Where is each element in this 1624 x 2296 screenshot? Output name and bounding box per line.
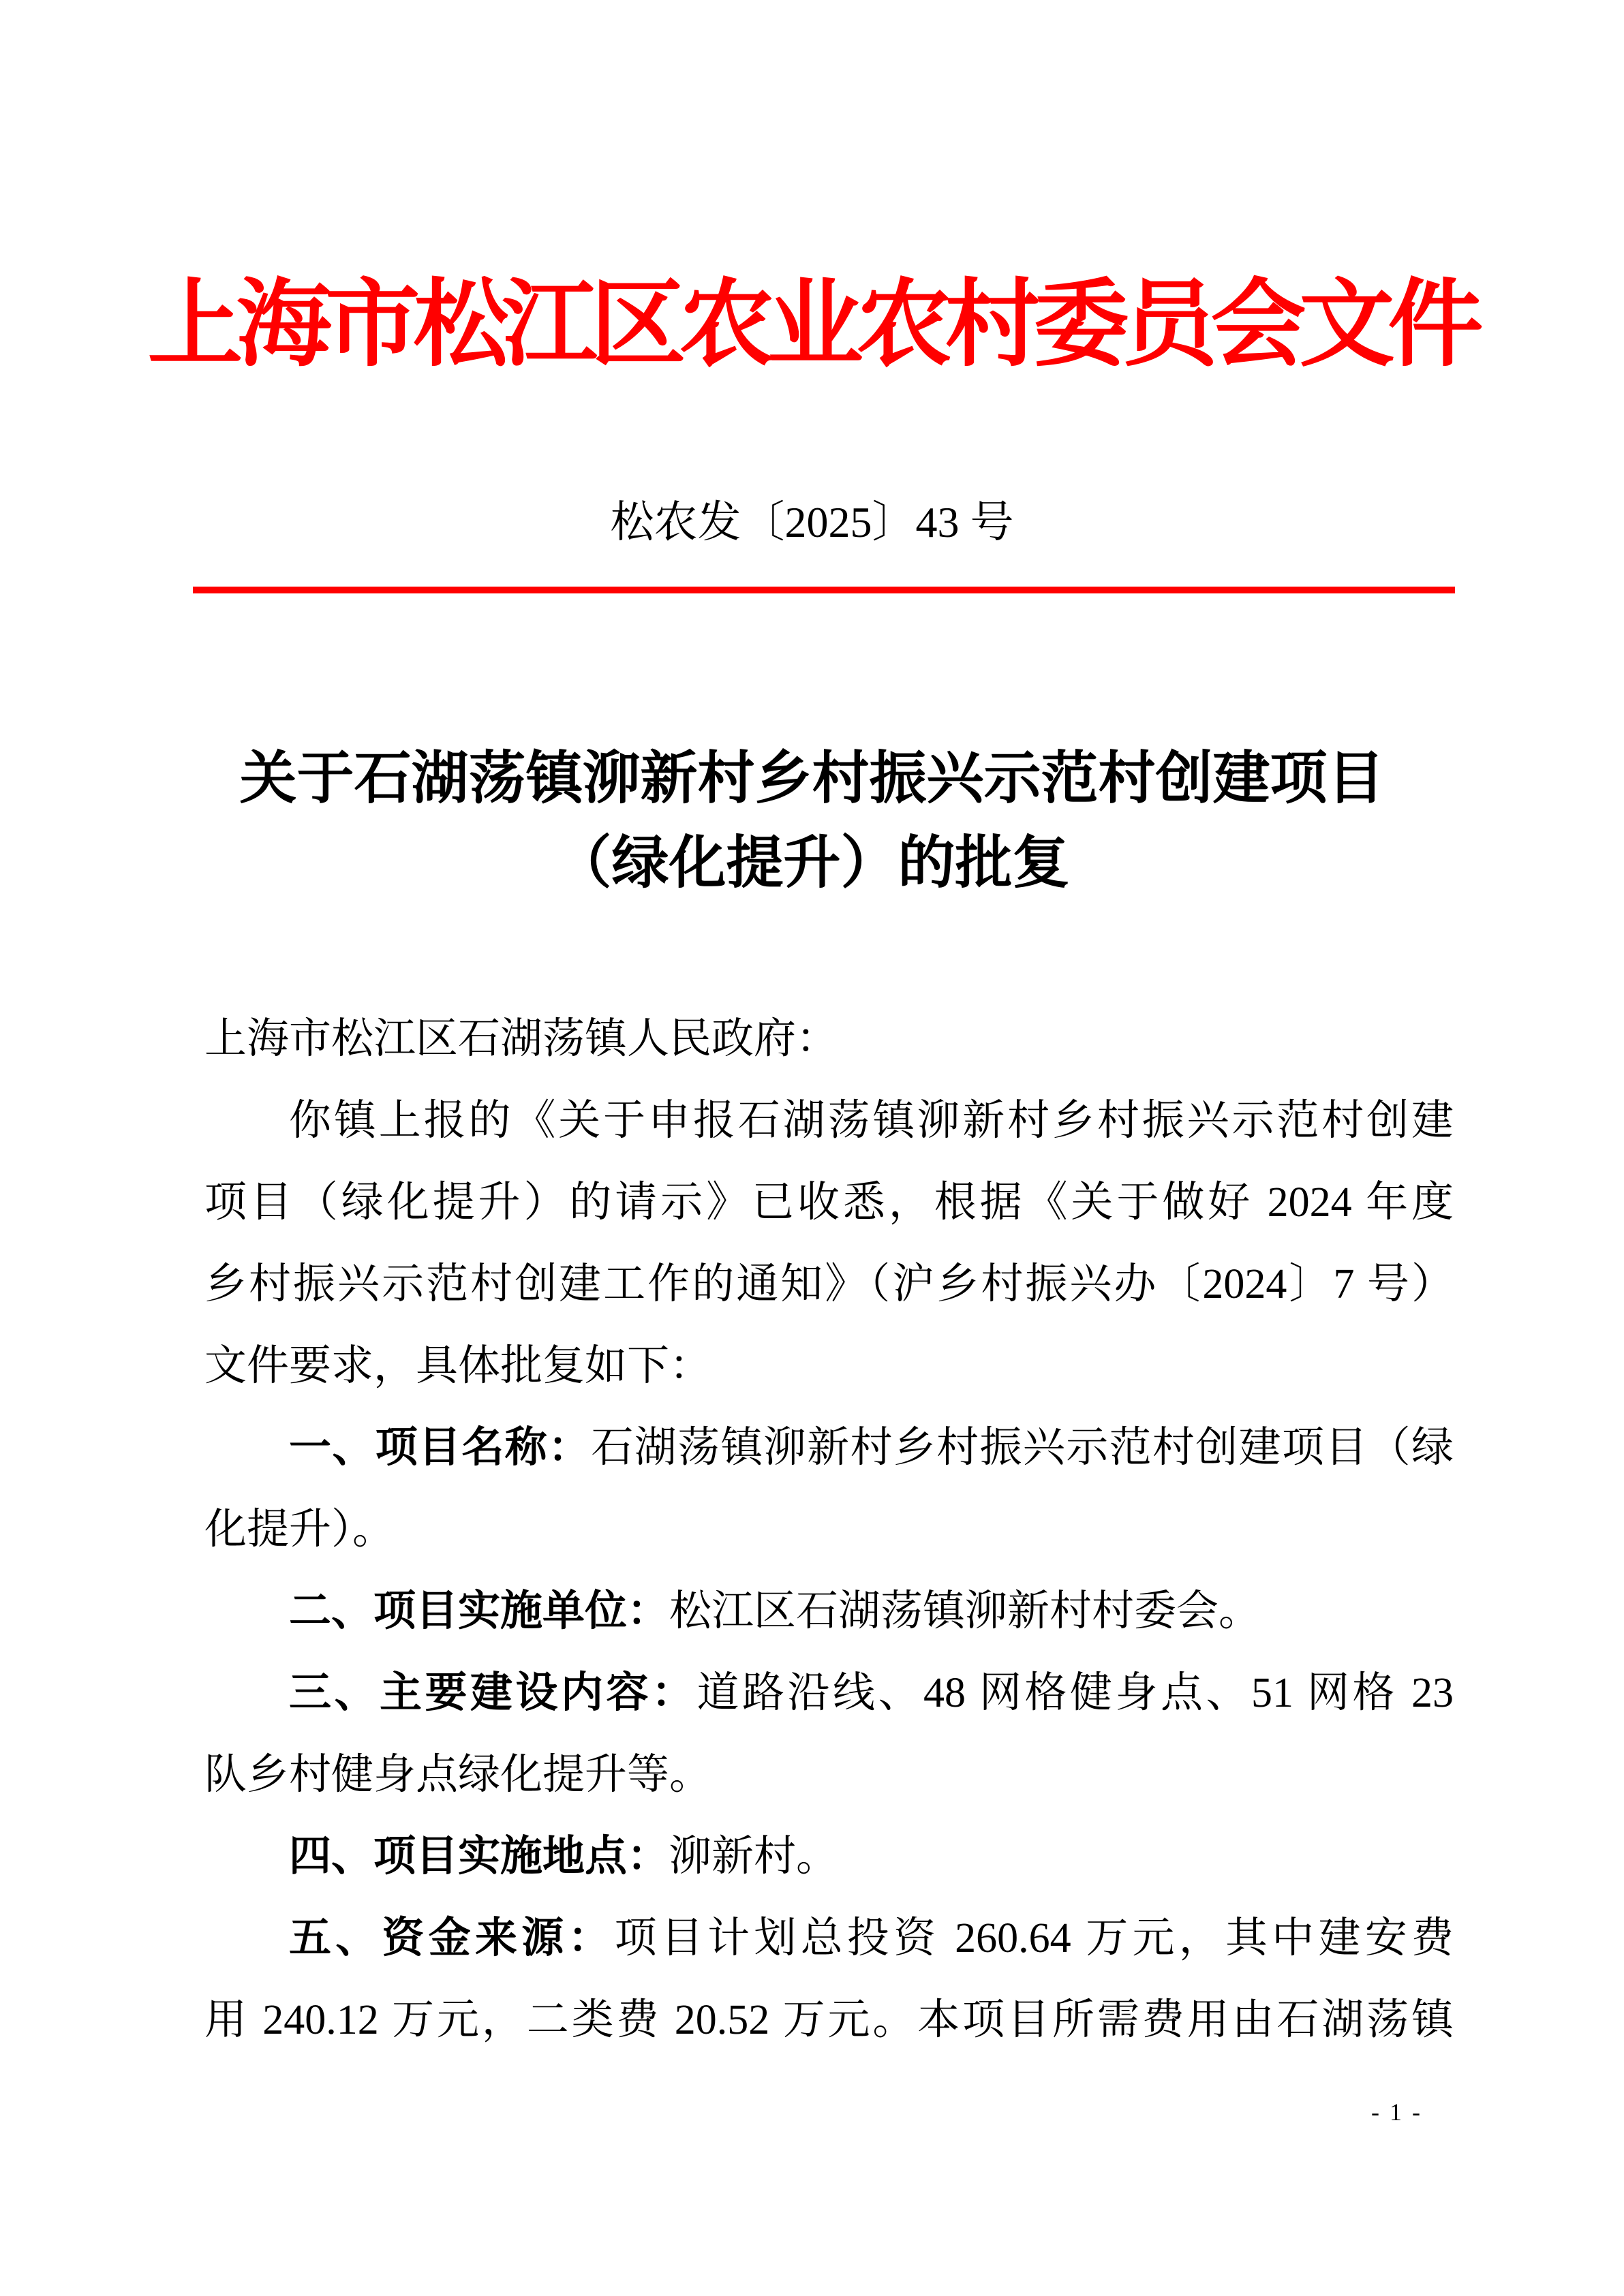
body-line-text: 石湖荡镇泖新村乡村振兴示范村创建项目（绿: [591, 1425, 1454, 1471]
body-line-text: 上海市松江区石湖荡镇人民政府：: [204, 1016, 838, 1062]
body-line-text: 队乡村健身点绿化提升等。: [204, 1752, 711, 1798]
document-page: 上海市松江区农业农村委员会文件 松农发〔2025〕43 号 关于石湖荡镇泖新村乡…: [0, 0, 1624, 2296]
body-line-text: 文件要求，具体批复如下：: [204, 1343, 711, 1389]
body-line-heading: 二、项目实施单位：: [289, 1587, 669, 1634]
body-line-heading: 一、项目名称：: [289, 1424, 591, 1471]
body-line: 你镇上报的《关于申报石湖荡镇泖新村乡村振兴示范村创建: [204, 1080, 1454, 1162]
body-line-text: 用 240.12 万元，二类费 20.52 万元。本项目所需费用由石湖荡镇: [204, 1997, 1454, 2043]
document-number: 松农发〔2025〕43 号: [0, 492, 1624, 553]
document-title-line1: 关于石湖荡镇泖新村乡村振兴示范村创建项目: [187, 737, 1437, 822]
body-line: 乡村振兴示范村创建工作的通知》（沪乡村振兴办〔2024〕7 号）: [204, 1243, 1454, 1325]
document-title-line2: （绿化提升）的批复: [187, 822, 1437, 906]
body-line: 化提升）。: [204, 1489, 1454, 1570]
body-line-item-3: 三、主要建设内容：道路沿线、48 网格健身点、51 网格 23: [204, 1652, 1454, 1734]
body-line-salutation: 上海市松江区石湖荡镇人民政府：: [204, 998, 1454, 1080]
document-title: 关于石湖荡镇泖新村乡村振兴示范村创建项目 （绿化提升）的批复: [187, 737, 1437, 906]
body-line: 用 240.12 万元，二类费 20.52 万元。本项目所需费用由石湖荡镇: [204, 1979, 1454, 2061]
body-line-text: 乡村振兴示范村创建工作的通知》（沪乡村振兴办〔2024〕7 号）: [204, 1261, 1454, 1307]
body-line-text: 项目计划总投资 260.64 万元，其中建安费: [615, 1915, 1454, 1961]
body-line-text: 道路沿线、48 网格健身点、51 网格 23: [697, 1670, 1454, 1716]
body-line-text: 你镇上报的《关于申报石湖荡镇泖新村乡村振兴示范村创建: [289, 1098, 1454, 1144]
page-number: - 1 -: [1371, 2097, 1422, 2127]
body-line: 项目（绿化提升）的请示》已收悉，根据《关于做好 2024 年度: [204, 1162, 1454, 1243]
body-line-text: 泖新村。: [669, 1833, 838, 1880]
body-line-heading: 四、项目实施地点：: [289, 1833, 669, 1880]
document-body: 上海市松江区石湖荡镇人民政府： 你镇上报的《关于申报石湖荡镇泖新村乡村振兴示范村…: [204, 998, 1454, 2061]
body-line-text: 化提升）。: [204, 1506, 395, 1553]
body-line-heading: 五、资金来源：: [289, 1914, 615, 1961]
document-org-title: 上海市松江区农业农村委员会文件: [0, 271, 1624, 380]
body-line-heading: 三、主要建设内容：: [289, 1669, 697, 1716]
body-line-item-1: 一、项目名称：石湖荡镇泖新村乡村振兴示范村创建项目（绿: [204, 1407, 1454, 1489]
red-divider-line: [193, 587, 1455, 593]
body-line-item-5: 五、资金来源：项目计划总投资 260.64 万元，其中建安费: [204, 1897, 1454, 1979]
body-line: 队乡村健身点绿化提升等。: [204, 1734, 1454, 1816]
body-line-text: 松江区石湖荡镇泖新村村委会。: [669, 1588, 1261, 1634]
body-line-item-4: 四、项目实施地点：泖新村。: [204, 1816, 1454, 1897]
body-line-item-2: 二、项目实施单位：松江区石湖荡镇泖新村村委会。: [204, 1570, 1454, 1652]
body-line-text: 项目（绿化提升）的请示》已收悉，根据《关于做好 2024 年度: [204, 1179, 1454, 1226]
body-line: 文件要求，具体批复如下：: [204, 1325, 1454, 1407]
